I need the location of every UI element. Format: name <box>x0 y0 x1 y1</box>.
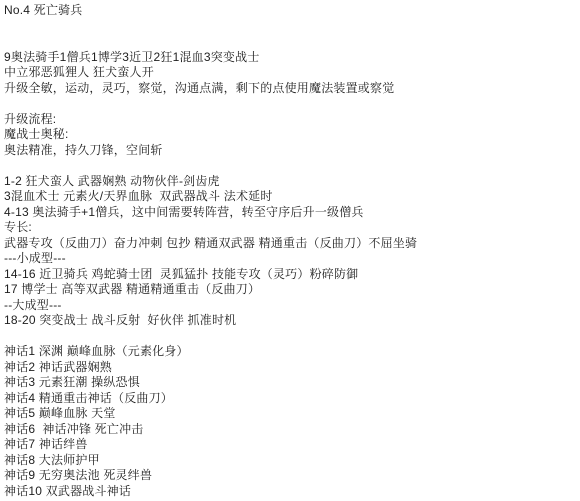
text-line: 18-20 突变战士 战斗反射 好伙伴 抓准时机 <box>4 313 574 329</box>
text-line: 4-13 奥法骑手+1僧兵，这中间需要转阵营，转至守序后升一级僧兵 <box>4 205 574 221</box>
text-line: 魔战士奥秘: <box>4 127 574 143</box>
section-leveling-plan: 1-2 狂犬蛮人 武器娴熟 动物伙伴-剑齿虎 3混血术士 元素火/天界血脉 双武… <box>4 174 574 329</box>
section-mythic-levels: 神话1 深渊 巅峰血脉（元素化身） 神话2 神话武器娴熟 神话3 元素狂潮 操纵… <box>4 344 574 499</box>
section-upgrade-path: 升级流程: 魔战士奥秘: 奥法精准，持久刀锋，空间斩 <box>4 112 574 159</box>
text-line: 神话8 大法师护甲 <box>4 453 574 469</box>
text-line: 1-2 狂犬蛮人 武器娴熟 动物伙伴-剑齿虎 <box>4 174 574 190</box>
text-line: 中立邪恶狐狸人 狂犬蛮人开 <box>4 65 574 81</box>
text-line: 神话10 双武器战斗神话 <box>4 484 574 500</box>
document: No.4 死亡骑兵 9奥法骑手1僧兵1博学3近卫2狂1混血3突变战士 中立邪恶狐… <box>0 0 580 499</box>
text-line: ---小成型--- <box>4 251 574 267</box>
text-line: 武器专攻（反曲刀）奋力冲刺 包抄 精通双武器 精通重击（反曲刀）不屈坐骑 <box>4 236 574 252</box>
text-line: 神话7 神话绊兽 <box>4 437 574 453</box>
text-line: 奥法精准，持久刀锋，空间斩 <box>4 143 574 159</box>
text-line: 神话4 精通重击神话（反曲刀） <box>4 391 574 407</box>
text-line: 神话5 巅峰血脉 天堂 <box>4 406 574 422</box>
text-line: 神话2 神话武器娴熟 <box>4 360 574 376</box>
page-title: No.4 死亡骑兵 <box>4 3 574 19</box>
text-line: 9奥法骑手1僧兵1博学3近卫2狂1混血3突变战士 <box>4 50 574 66</box>
text-line: 升级流程: <box>4 112 574 128</box>
text-line: 17 博学士 高等双武器 精通精通重击（反曲刀） <box>4 282 574 298</box>
text-line: 神话1 深渊 巅峰血脉（元素化身） <box>4 344 574 360</box>
section-build-summary: 9奥法骑手1僧兵1博学3近卫2狂1混血3突变战士 中立邪恶狐狸人 狂犬蛮人开 升… <box>4 50 574 97</box>
text-line: 3混血术士 元素火/天界血脉 双武器战斗 法术延时 <box>4 189 574 205</box>
text-line: 神话9 无穷奥法池 死灵绊兽 <box>4 468 574 484</box>
text-line: 神话3 元素狂潮 操纵恐惧 <box>4 375 574 391</box>
text-line: 升级全敏，运动，灵巧，察觉，沟通点满，剩下的点使用魔法装置或察觉 <box>4 81 574 97</box>
text-line: --大成型--- <box>4 298 574 314</box>
text-line: 神话6 神话冲锋 死亡冲击 <box>4 422 574 438</box>
text-line: 14-16 近卫骑兵 鸡蛇骑士团 灵狐猛扑 技能专攻（灵巧）粉碎防御 <box>4 267 574 283</box>
text-line: 专长: <box>4 220 574 236</box>
